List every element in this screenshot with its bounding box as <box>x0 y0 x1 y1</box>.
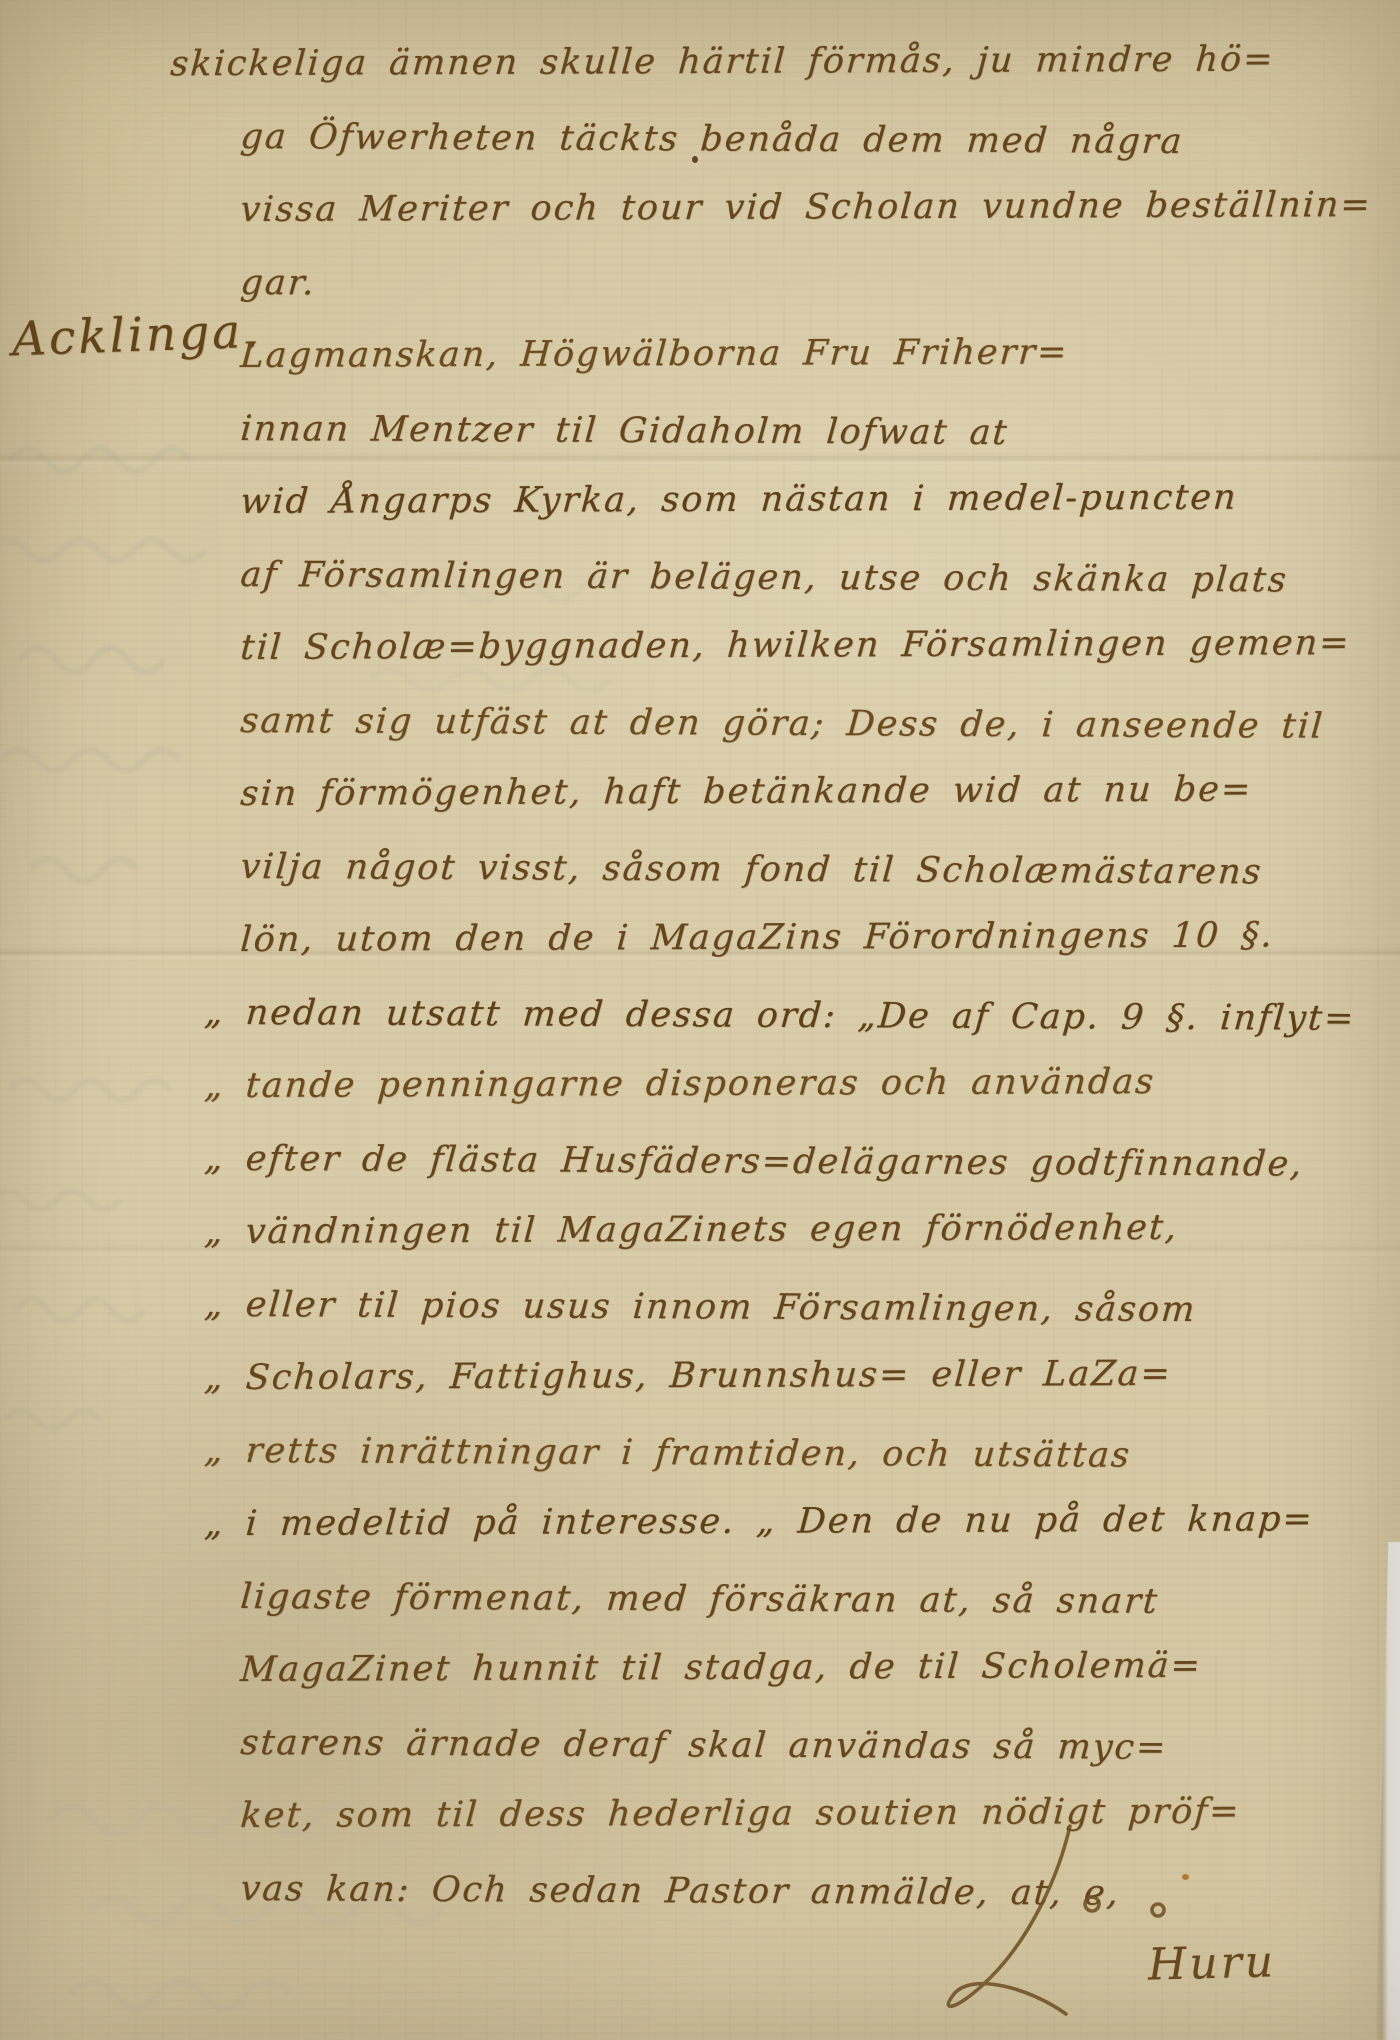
catchword: Huru <box>1147 1936 1276 1990</box>
manuscript-line: „ tande penningarne disponeras och använ… <box>238 1045 1385 1123</box>
manuscript-line: MagaZinet hunnit til stadga, de til Scho… <box>238 1629 1385 1707</box>
manuscript-line: til Scholæ=byggnaden, hwilken Församling… <box>238 607 1385 685</box>
manuscript-line: vissa Meriter och tour vid Scholan vundn… <box>238 169 1385 247</box>
manuscript-line: wid Ångarps Kyrka, som nästan i medel-pu… <box>238 461 1385 539</box>
bleed-through-smudge <box>0 1040 210 1470</box>
manuscript-line: vilja något visst, såsom fond til Scholæ… <box>238 831 1385 910</box>
manuscript-line: „ eller til pios usus innom Församlingen… <box>238 1269 1385 1348</box>
manuscript-line: sin förmögenhet, haft betänkande wid at … <box>238 753 1385 831</box>
manuscript-text-block: skickeliga ämnen skulle härtil förmås, j… <box>240 28 1382 1926</box>
manuscript-line: „ Scholars, Fattighus, Brunnshus= eller … <box>238 1337 1385 1415</box>
manuscript-line: innan Mentzer til Gidaholm lofwat at <box>238 393 1385 472</box>
manuscript-line: starens ärnade deraf skal användas så my… <box>238 1707 1385 1786</box>
manuscript-line: af Församlingen är belägen, utse och skä… <box>238 539 1385 618</box>
manuscript-line: „ retts inrättningar i framtiden, och ut… <box>238 1415 1385 1494</box>
manuscript-line: ga Öfwerheten täckts benåda dem med någr… <box>238 101 1385 180</box>
manuscript-line: „ nedan utsatt med dessa ord: „De af Cap… <box>238 977 1385 1056</box>
manuscript-line: „ efter de flästa Husfäders=delägarnes g… <box>238 1123 1385 1202</box>
manuscript-line: ligaste förmenat, med försäkran at, så s… <box>238 1561 1385 1640</box>
manuscript-line: „ i medeltid på interesse. „ Den de nu p… <box>238 1483 1385 1561</box>
bleed-through-smudge <box>0 420 240 960</box>
manuscript-line: gar. <box>238 247 1385 326</box>
manuscript-line: lön, utom den de i MagaZins Förordningen… <box>238 899 1385 977</box>
manuscript-line: ket, som til dess hederliga soutien nödi… <box>238 1775 1385 1853</box>
manuscript-line: vas kan: Och sedan Pastor anmälde, at, e… <box>238 1853 1385 1932</box>
margin-heading: Acklinga. <box>11 304 262 368</box>
manuscript-page: Acklinga. skickeliga ämnen skulle härtil… <box>0 0 1400 2040</box>
manuscript-line: Lagmanskan, Högwälborna Fru Friherr= <box>238 315 1385 393</box>
manuscript-line: skickeliga ämnen skulle härtil förmås, j… <box>238 23 1385 101</box>
manuscript-line: samt sig utfäst at den göra; Dess de, i … <box>238 685 1385 764</box>
manuscript-line: „ vändningen til MagaZinets egen förnöde… <box>238 1191 1385 1269</box>
